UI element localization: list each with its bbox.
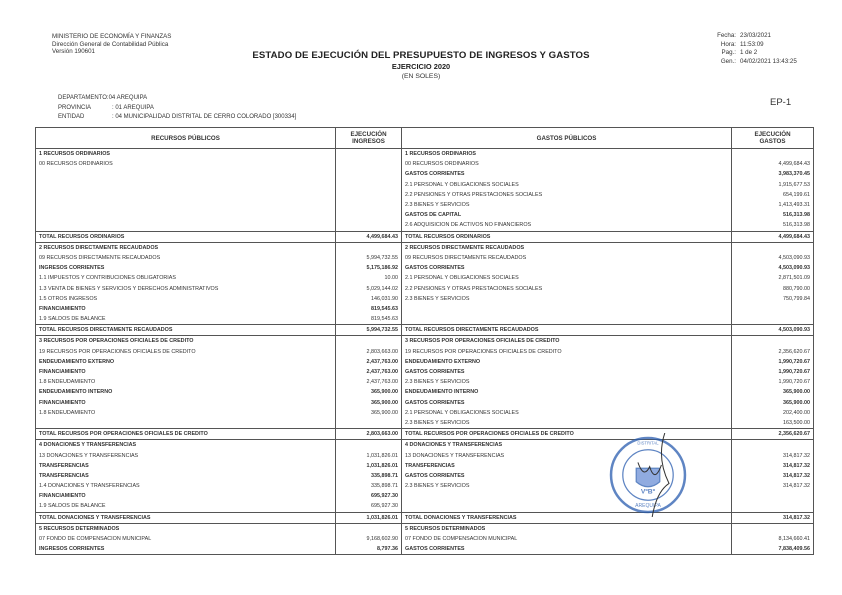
gastos-value-cell: 314,817.32 — [732, 512, 814, 523]
meta-date: Fecha:23/03/2021 — [708, 32, 797, 41]
gastos-value-cell — [732, 491, 814, 501]
table-row: 2.3 BIENES Y SERVICIOS163,500.00 — [36, 418, 814, 429]
ingresos-value-cell: 1,031,826.01 — [336, 461, 402, 471]
gastos-cell: 2.3 BIENES Y SERVICIOS — [402, 200, 732, 210]
gastos-value-cell: 314,817.32 — [732, 450, 814, 460]
gastos-value-cell: 365,900.00 — [732, 387, 814, 397]
recursos-cell: 3 RECURSOS POR OPERACIONES OFICIALES DE … — [36, 336, 336, 347]
table-row: 1.9 SALDOS DE BALANCE695,927.30 — [36, 501, 814, 512]
report-currency: (EN SOLES) — [0, 73, 842, 80]
gastos-cell: 2.2 PENSIONES Y OTRAS PRESTACIONES SOCIA… — [402, 283, 732, 293]
table-row: INGRESOS CORRIENTES8,797.36GASTOS CORRIE… — [36, 544, 814, 555]
ingresos-value-cell: 365,900.00 — [336, 408, 402, 418]
meta-page: Pag.:1 de 2 — [708, 49, 797, 58]
meta-time: Hora:11:53:09 — [708, 41, 797, 50]
ingresos-value-cell: 335,898.71 — [336, 471, 402, 481]
ingresos-value-cell: 5,994,732.55 — [336, 325, 402, 336]
gastos-cell: 07 FONDO DE COMPENSACION MUNICIPAL — [402, 534, 732, 544]
gastos-value-cell: 314,817.32 — [732, 481, 814, 491]
ingresos-value-cell: 365,900.00 — [336, 387, 402, 397]
table-row: FINANCIAMIENTO365,900.00GASTOS CORRIENTE… — [36, 398, 814, 408]
table-row: TRANSFERENCIAS335,898.71GASTOS CORRIENTE… — [36, 471, 814, 481]
gastos-cell: GASTOS CORRIENTES — [402, 544, 732, 555]
province: PROVINCIA: 01 AREQUIPA — [58, 104, 296, 114]
gastos-value-cell: 1,990,720.67 — [732, 367, 814, 377]
ingresos-value-cell — [336, 149, 402, 160]
gastos-value-cell: 314,817.32 — [732, 461, 814, 471]
table-row: 00 RECURSOS ORDINARIOS00 RECURSOS ORDINA… — [36, 159, 814, 169]
meta-generated: Gen.:04/02/2021 13:43:25 — [708, 58, 797, 67]
table-row: 1.9 SALDOS DE BALANCE819,545.63 — [36, 314, 814, 325]
gastos-cell: 2.3 BIENES Y SERVICIOS — [402, 418, 732, 429]
ingresos-value-cell: 2,437,763.00 — [336, 367, 402, 377]
header-gastos: GASTOS PÚBLICOS — [402, 128, 732, 149]
gastos-cell: 2.6 ADQUISICION DE ACTIVOS NO FINANCIERO… — [402, 220, 732, 231]
ingresos-value-cell: 695,927.30 — [336, 491, 402, 501]
ingresos-value-cell: 1,031,826.01 — [336, 450, 402, 460]
recursos-cell: 4 DONACIONES Y TRANSFERENCIAS — [36, 440, 336, 451]
ingresos-value-cell — [336, 169, 402, 179]
gastos-value-cell — [732, 501, 814, 512]
recursos-cell — [36, 210, 336, 220]
gastos-value-cell: 163,500.00 — [732, 418, 814, 429]
gastos-value-cell: 4,499,684.43 — [732, 159, 814, 169]
entity: ENTIDAD: 04 MUNICIPALIDAD DISTRITAL DE C… — [58, 113, 296, 123]
header-recursos: RECURSOS PÚBLICOS — [36, 128, 336, 149]
recursos-cell: 5 RECURSOS DETERMINADOS — [36, 523, 336, 534]
gastos-value-cell: 2,356,620.67 — [732, 347, 814, 357]
recursos-cell — [36, 220, 336, 231]
gastos-value-cell: 750,799.84 — [732, 294, 814, 304]
gastos-cell: ENDEUDAMIENTO EXTERNO — [402, 357, 732, 367]
budget-execution-table: RECURSOS PÚBLICOS EJECUCIÓN INGRESOS GAS… — [35, 127, 814, 555]
ingresos-value-cell — [336, 523, 402, 534]
gastos-value-cell: 1,990,720.67 — [732, 377, 814, 387]
gastos-cell: 19 RECURSOS POR OPERACIONES OFICIALES DE… — [402, 347, 732, 357]
ingresos-value-cell: 695,927.30 — [336, 501, 402, 512]
table-header-row: RECURSOS PÚBLICOS EJECUCIÓN INGRESOS GAS… — [36, 128, 814, 149]
recursos-cell: TOTAL RECURSOS POR OPERACIONES OFICIALES… — [36, 429, 336, 440]
gastos-value-cell — [732, 336, 814, 347]
header-ejec-ingresos: EJECUCIÓN INGRESOS — [336, 128, 402, 149]
recursos-cell — [36, 180, 336, 190]
gastos-cell: GASTOS CORRIENTES — [402, 263, 732, 273]
gastos-value-cell: 2,871,501.09 — [732, 273, 814, 283]
ingresos-value-cell: 5,175,186.92 — [336, 263, 402, 273]
recursos-cell: 1.9 SALDOS DE BALANCE — [36, 314, 336, 325]
table-row: GASTOS DE CAPITAL516,313.98 — [36, 210, 814, 220]
gastos-value-cell: 4,499,684.43 — [732, 231, 814, 242]
gastos-value-cell — [732, 242, 814, 253]
table-row: 5 RECURSOS DETERMINADOS5 RECURSOS DETERM… — [36, 523, 814, 534]
table-row: 1.8 ENDEUDAMIENTO2,437,763.002.3 BIENES … — [36, 377, 814, 387]
table-row: GASTOS CORRIENTES3,983,370.45 — [36, 169, 814, 179]
gastos-value-cell: 4,503,090.93 — [732, 263, 814, 273]
recursos-cell — [36, 418, 336, 429]
table-row: 19 RECURSOS POR OPERACIONES OFICIALES DE… — [36, 347, 814, 357]
table-row: 2.2 PENSIONES Y OTRAS PRESTACIONES SOCIA… — [36, 190, 814, 200]
table-row: 1 RECURSOS ORDINARIOS1 RECURSOS ORDINARI… — [36, 149, 814, 160]
svg-text:DISTRITAL: DISTRITAL — [637, 441, 659, 446]
table-total-row: TOTAL RECURSOS ORDINARIOS4,499,684.43TOT… — [36, 231, 814, 242]
ingresos-value-cell: 5,029,144.02 — [336, 283, 402, 293]
gastos-value-cell: 880,790.00 — [732, 283, 814, 293]
gastos-cell: 2.2 PENSIONES Y OTRAS PRESTACIONES SOCIA… — [402, 190, 732, 200]
table-total-row: TOTAL RECURSOS POR OPERACIONES OFICIALES… — [36, 429, 814, 440]
table-row: FINANCIAMIENTO2,437,763.00GASTOS CORRIEN… — [36, 367, 814, 377]
recursos-cell: INGRESOS CORRIENTES — [36, 544, 336, 555]
recursos-cell: 07 FONDO DE COMPENSACION MUNICIPAL — [36, 534, 336, 544]
ingresos-value-cell — [336, 190, 402, 200]
recursos-cell: ENDEUDAMIENTO EXTERNO — [36, 357, 336, 367]
svg-text:AREQUIPA: AREQUIPA — [635, 503, 661, 509]
gastos-value-cell: 516,313.98 — [732, 220, 814, 231]
gastos-cell: 00 RECURSOS ORDINARIOS — [402, 159, 732, 169]
recursos-cell: FINANCIAMIENTO — [36, 304, 336, 314]
gastos-cell: 1 RECURSOS ORDINARIOS — [402, 149, 732, 160]
ingresos-value-cell: 146,031.90 — [336, 294, 402, 304]
gastos-value-cell: 314,817.32 — [732, 471, 814, 481]
recursos-cell: TRANSFERENCIAS — [36, 471, 336, 481]
recursos-cell: FINANCIAMIENTO — [36, 367, 336, 377]
gastos-value-cell: 4,503,090.93 — [732, 253, 814, 263]
ingresos-value-cell: 1,031,826.01 — [336, 512, 402, 523]
location-block: DEPARTAMENTO: 04 AREQUIPA PROVINCIA: 01 … — [58, 94, 296, 123]
recursos-cell: INGRESOS CORRIENTES — [36, 263, 336, 273]
ingresos-value-cell: 335,898.71 — [336, 481, 402, 491]
gastos-cell — [402, 304, 732, 314]
table-row: 1.3 VENTA DE BIENES Y SERVICIOS Y DERECH… — [36, 283, 814, 293]
gastos-value-cell: 202,400.00 — [732, 408, 814, 418]
recursos-cell: TOTAL RECURSOS DIRECTAMENTE RECAUDADOS — [36, 325, 336, 336]
ingresos-value-cell: 10.00 — [336, 273, 402, 283]
recursos-cell: 13 DONACIONES Y TRANSFERENCIAS — [36, 450, 336, 460]
recursos-cell: 1.8 ENDEUDAMIENTO — [36, 377, 336, 387]
gastos-value-cell — [732, 440, 814, 451]
ingresos-value-cell: 365,900.00 — [336, 398, 402, 408]
gastos-cell: TOTAL RECURSOS ORDINARIOS — [402, 231, 732, 242]
table-row: 13 DONACIONES Y TRANSFERENCIAS1,031,826.… — [36, 450, 814, 460]
table-row: 2.3 BIENES Y SERVICIOS1,413,493.31 — [36, 200, 814, 210]
gastos-value-cell — [732, 304, 814, 314]
gastos-cell: GASTOS CORRIENTES — [402, 367, 732, 377]
table-row: FINANCIAMIENTO819,545.63 — [36, 304, 814, 314]
recursos-cell: 19 RECURSOS POR OPERACIONES OFICIALES DE… — [36, 347, 336, 357]
ingresos-value-cell — [336, 159, 402, 169]
form-code: EP-1 — [770, 97, 791, 108]
table-row: FINANCIAMIENTO695,927.30 — [36, 491, 814, 501]
ingresos-value-cell — [336, 180, 402, 190]
gastos-cell: 2.1 PERSONAL Y OBLIGACIONES SOCIALES — [402, 408, 732, 418]
ministry-name: MINISTERIO DE ECONOMÍA Y FINANZAS — [52, 33, 171, 41]
table-total-row: TOTAL RECURSOS DIRECTAMENTE RECAUDADOS5,… — [36, 325, 814, 336]
table-total-row: TOTAL DONACIONES Y TRANSFERENCIAS1,031,8… — [36, 512, 814, 523]
gastos-value-cell — [732, 523, 814, 534]
recursos-cell: 09 RECURSOS DIRECTAMENTE RECAUDADOS — [36, 253, 336, 263]
gastos-cell: 2.1 PERSONAL Y OBLIGACIONES SOCIALES — [402, 180, 732, 190]
recursos-cell: FINANCIAMIENTO — [36, 491, 336, 501]
gastos-cell: TOTAL RECURSOS DIRECTAMENTE RECAUDADOS — [402, 325, 732, 336]
gastos-value-cell: 1,990,720.67 — [732, 357, 814, 367]
gastos-cell: 3 RECURSOS POR OPERACIONES OFICIALES DE … — [402, 336, 732, 347]
ingresos-value-cell: 4,499,684.43 — [336, 231, 402, 242]
gastos-value-cell: 654,199.61 — [732, 190, 814, 200]
table-row: TRANSFERENCIAS1,031,826.01TRANSFERENCIAS… — [36, 461, 814, 471]
gastos-cell: 5 RECURSOS DETERMINADOS — [402, 523, 732, 534]
recursos-cell: 1 RECURSOS ORDINARIOS — [36, 149, 336, 160]
ingresos-value-cell — [336, 418, 402, 429]
table-row: 4 DONACIONES Y TRANSFERENCIAS4 DONACIONE… — [36, 440, 814, 451]
ingresos-value-cell — [336, 440, 402, 451]
gastos-value-cell: 2,356,620.67 — [732, 429, 814, 440]
recursos-cell: 1.5 OTROS INGRESOS — [36, 294, 336, 304]
report-meta: Fecha:23/03/2021 Hora:11:53:09 Pag.:1 de… — [708, 32, 797, 66]
recursos-cell: 1.1 IMPUESTOS Y CONTRIBUCIONES OBLIGATOR… — [36, 273, 336, 283]
directorate-name: Dirección General de Contabilidad Públic… — [52, 41, 171, 49]
table-row: 2 RECURSOS DIRECTAMENTE RECAUDADOS2 RECU… — [36, 242, 814, 253]
gastos-cell: 09 RECURSOS DIRECTAMENTE RECAUDADOS — [402, 253, 732, 263]
recursos-cell — [36, 169, 336, 179]
svg-text:VºBº: VºBº — [641, 488, 656, 495]
gastos-value-cell: 1,413,493.31 — [732, 200, 814, 210]
gastos-cell — [402, 314, 732, 325]
ingresos-value-cell: 2,437,763.00 — [336, 357, 402, 367]
recursos-cell: TOTAL RECURSOS ORDINARIOS — [36, 231, 336, 242]
recursos-cell — [36, 200, 336, 210]
ingresos-value-cell: 5,994,732.55 — [336, 253, 402, 263]
gastos-value-cell — [732, 149, 814, 160]
gastos-cell: GASTOS CORRIENTES — [402, 169, 732, 179]
gastos-value-cell: 7,838,409.56 — [732, 544, 814, 555]
recursos-cell: ENDEUDAMIENTO INTERNO — [36, 387, 336, 397]
table-row: 1.5 OTROS INGRESOS146,031.902.3 BIENES Y… — [36, 294, 814, 304]
recursos-cell: 1.8 ENDEUDAMIENTO — [36, 408, 336, 418]
ingresos-value-cell: 2,803,663.00 — [336, 347, 402, 357]
department: DEPARTAMENTO: 04 AREQUIPA — [58, 94, 296, 104]
gastos-cell: 2.3 BIENES Y SERVICIOS — [402, 294, 732, 304]
recursos-cell: 1.3 VENTA DE BIENES Y SERVICIOS Y DERECH… — [36, 283, 336, 293]
table-row: ENDEUDAMIENTO INTERNO365,900.00ENDEUDAMI… — [36, 387, 814, 397]
recursos-cell: 1.4 DONACIONES Y TRANSFERENCIAS — [36, 481, 336, 491]
gastos-cell: 2.1 PERSONAL Y OBLIGACIONES SOCIALES — [402, 273, 732, 283]
gastos-cell: 2.3 BIENES Y SERVICIOS — [402, 377, 732, 387]
ingresos-value-cell: 9,168,602.90 — [336, 534, 402, 544]
gastos-value-cell: 3,983,370.45 — [732, 169, 814, 179]
recursos-cell: 2 RECURSOS DIRECTAMENTE RECAUDADOS — [36, 242, 336, 253]
gastos-value-cell: 516,313.98 — [732, 210, 814, 220]
gastos-cell: ENDEUDAMIENTO INTERNO — [402, 387, 732, 397]
table-row: 1.4 DONACIONES Y TRANSFERENCIAS335,898.7… — [36, 481, 814, 491]
ingresos-value-cell — [336, 220, 402, 231]
gastos-value-cell: 1,915,677.53 — [732, 180, 814, 190]
ingresos-value-cell: 819,545.63 — [336, 304, 402, 314]
recursos-cell: 00 RECURSOS ORDINARIOS — [36, 159, 336, 169]
gastos-value-cell — [732, 314, 814, 325]
table-body: 1 RECURSOS ORDINARIOS1 RECURSOS ORDINARI… — [36, 149, 814, 555]
recursos-cell: TRANSFERENCIAS — [36, 461, 336, 471]
ingresos-value-cell: 2,803,663.00 — [336, 429, 402, 440]
ingresos-value-cell — [336, 210, 402, 220]
ingresos-value-cell — [336, 200, 402, 210]
recursos-cell: TOTAL DONACIONES Y TRANSFERENCIAS — [36, 512, 336, 523]
gastos-value-cell: 8,134,660.41 — [732, 534, 814, 544]
gastos-cell: GASTOS DE CAPITAL — [402, 210, 732, 220]
table-row: 2.1 PERSONAL Y OBLIGACIONES SOCIALES1,91… — [36, 180, 814, 190]
table-row: 3 RECURSOS POR OPERACIONES OFICIALES DE … — [36, 336, 814, 347]
header-ejec-gastos: EJECUCIÓN GASTOS — [732, 128, 814, 149]
table-row: 09 RECURSOS DIRECTAMENTE RECAUDADOS5,994… — [36, 253, 814, 263]
ingresos-value-cell — [336, 242, 402, 253]
ingresos-value-cell: 8,797.36 — [336, 544, 402, 555]
table-row: ENDEUDAMIENTO EXTERNO2,437,763.00ENDEUDA… — [36, 357, 814, 367]
table-row: 1.1 IMPUESTOS Y CONTRIBUCIONES OBLIGATOR… — [36, 273, 814, 283]
table-row: INGRESOS CORRIENTES5,175,186.92GASTOS CO… — [36, 263, 814, 273]
recursos-cell: 1.9 SALDOS DE BALANCE — [36, 501, 336, 512]
recursos-cell: FINANCIAMIENTO — [36, 398, 336, 408]
ingresos-value-cell: 819,545.63 — [336, 314, 402, 325]
official-seal-icon: VºBº AREQUIPA DISTRITAL — [606, 433, 690, 517]
gastos-cell: 2 RECURSOS DIRECTAMENTE RECAUDADOS — [402, 242, 732, 253]
gastos-value-cell: 4,503,090.93 — [732, 325, 814, 336]
gastos-cell: GASTOS CORRIENTES — [402, 398, 732, 408]
recursos-cell — [36, 190, 336, 200]
ingresos-value-cell: 2,437,763.00 — [336, 377, 402, 387]
ingresos-value-cell — [336, 336, 402, 347]
table-row: 1.8 ENDEUDAMIENTO365,900.002.1 PERSONAL … — [36, 408, 814, 418]
gastos-value-cell: 365,900.00 — [732, 398, 814, 408]
table-row: 07 FONDO DE COMPENSACION MUNICIPAL9,168,… — [36, 534, 814, 544]
table-row: 2.6 ADQUISICION DE ACTIVOS NO FINANCIERO… — [36, 220, 814, 231]
